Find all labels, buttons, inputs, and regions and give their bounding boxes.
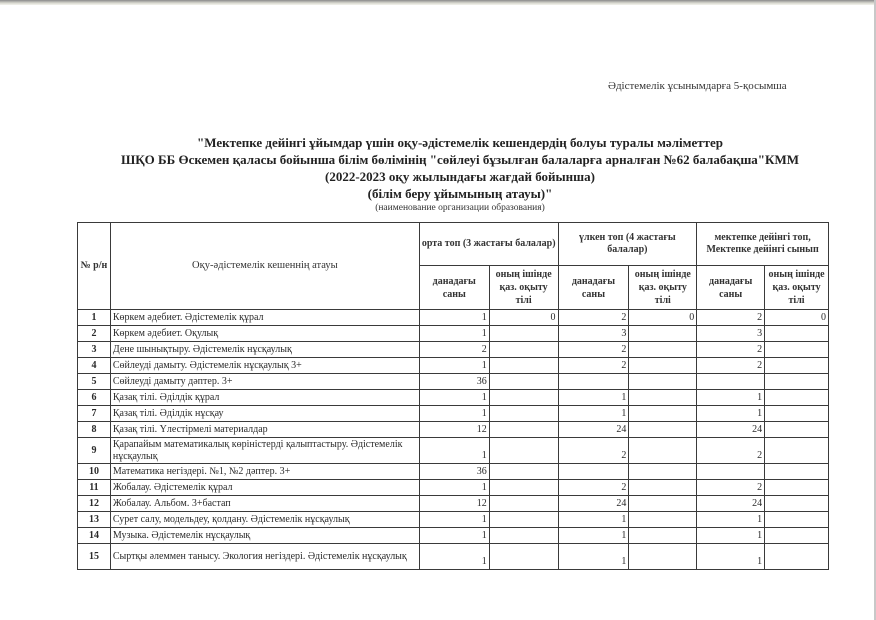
row-number: 11 (78, 480, 111, 496)
header-group-senior: үлкен топ (4 жастағы балалар) (558, 223, 697, 266)
row-value (765, 374, 829, 390)
row-value (629, 528, 697, 544)
row-value (765, 342, 829, 358)
row-value: 1 (697, 544, 765, 570)
row-value: 24 (558, 422, 629, 438)
row-value (489, 326, 558, 342)
materials-table: № р/н Оқу-әдістемелік кешеннің атауы орт… (77, 222, 829, 570)
header-group-middle: орта топ (3 жастағы балалар) (419, 223, 558, 266)
row-value: 3 (558, 326, 629, 342)
row-value: 2 (419, 342, 489, 358)
table-row: 14Музыка. Әдістемелік нұсқаулық111 (78, 528, 829, 544)
row-value: 2 (558, 358, 629, 374)
table-row: 10Математика негіздері. №1, №2 дәптер. 3… (78, 464, 829, 480)
row-value (629, 358, 697, 374)
title-line-4: (білім беру ұйымының атауы)" (100, 185, 820, 202)
row-value: 12 (419, 422, 489, 438)
row-value: 36 (419, 464, 489, 480)
row-value (765, 464, 829, 480)
row-name: Дене шынықтыру. Әдістемелік нұсқаулық (110, 342, 419, 358)
table-row: 8Қазақ тілі. Үлестірмелі материалдар1224… (78, 422, 829, 438)
row-name: Музыка. Әдістемелік нұсқаулық (110, 528, 419, 544)
title-subtitle: (наименование организации образования) (100, 202, 820, 214)
table-row: 6Қазақ тілі. Әділдік құрал111 (78, 390, 829, 406)
title-line-1: "Мектепке дейінгі ұйымдар үшін оқу-әдіст… (100, 134, 820, 151)
row-value (629, 342, 697, 358)
row-name: Математика негіздері. №1, №2 дәптер. 3+ (110, 464, 419, 480)
row-value (765, 512, 829, 528)
row-value (489, 358, 558, 374)
row-value (629, 326, 697, 342)
row-number: 1 (78, 310, 111, 326)
row-value (629, 512, 697, 528)
table-body: 1Көркем әдебиет. Әдістемелік құрал102020… (78, 310, 829, 570)
row-value: 1 (419, 326, 489, 342)
row-value (629, 422, 697, 438)
row-value: 1 (697, 406, 765, 422)
row-value (629, 480, 697, 496)
row-name: Сыртқы әлеммен танысу. Экология негіздер… (110, 544, 419, 570)
row-value: 1 (558, 512, 629, 528)
row-value: 3 (697, 326, 765, 342)
row-number: 3 (78, 342, 111, 358)
header-num: № р/н (78, 223, 111, 310)
row-value: 0 (629, 310, 697, 326)
row-value (765, 406, 829, 422)
row-value (765, 438, 829, 464)
row-value (629, 496, 697, 512)
row-name: Қазақ тілі. Үлестірмелі материалдар (110, 422, 419, 438)
header-name: Оқу-әдістемелік кешеннің атауы (110, 223, 419, 310)
row-value: 1 (697, 528, 765, 544)
row-value: 36 (419, 374, 489, 390)
header-kaz-3: оның ішінде қаз. оқыту тілі (765, 266, 829, 310)
row-value: 12 (419, 496, 489, 512)
row-value (765, 480, 829, 496)
row-name: Қарапайым математикалық көріністерді қал… (110, 438, 419, 464)
row-name: Жобалау. Альбом. 3+бастап (110, 496, 419, 512)
row-value (489, 480, 558, 496)
header-group-preschool: мектепке дейінгі топ, Мектепке дейінгі с… (697, 223, 829, 266)
row-name: Жобалау. Әдістемелік құрал (110, 480, 419, 496)
row-value (697, 374, 765, 390)
row-number: 15 (78, 544, 111, 570)
row-value: 2 (697, 480, 765, 496)
row-value: 1 (419, 438, 489, 464)
table-row: 5Сөйлеуді дамыту дәптер. 3+36 (78, 374, 829, 390)
row-number: 10 (78, 464, 111, 480)
row-name: Сурет салу, модельдеу, қолдану. Әдістеме… (110, 512, 419, 528)
row-value (558, 374, 629, 390)
row-value: 1 (697, 512, 765, 528)
row-value (489, 342, 558, 358)
row-value: 1 (419, 480, 489, 496)
header-count-1: данадағы саны (419, 266, 489, 310)
title-line-3: (2022-2023 оқу жылындағы жағдай бойынша) (100, 168, 820, 185)
row-value (765, 528, 829, 544)
row-value: 1 (419, 512, 489, 528)
row-value (765, 390, 829, 406)
row-value: 1 (419, 390, 489, 406)
table-row: 15Сыртқы әлеммен танысу. Экология негізд… (78, 544, 829, 570)
row-value (629, 438, 697, 464)
row-name: Көркем әдебиет. Оқулық (110, 326, 419, 342)
row-value: 24 (697, 496, 765, 512)
row-name: Көркем әдебиет. Әдістемелік құрал (110, 310, 419, 326)
table-row: 1Көркем әдебиет. Әдістемелік құрал102020 (78, 310, 829, 326)
row-value (765, 358, 829, 374)
row-value (489, 544, 558, 570)
table-row: 4Сөйлеуді дамыту. Әдістемелік нұсқаулық … (78, 358, 829, 374)
row-value: 2 (697, 342, 765, 358)
row-value (629, 390, 697, 406)
row-number: 6 (78, 390, 111, 406)
row-name: Сөйлеуді дамыту. Әдістемелік нұсқаулық 3… (110, 358, 419, 374)
row-number: 8 (78, 422, 111, 438)
row-value: 1 (558, 544, 629, 570)
row-value (489, 528, 558, 544)
header-row-groups: № р/н Оқу-әдістемелік кешеннің атауы орт… (78, 223, 829, 266)
row-value (489, 374, 558, 390)
row-value (765, 422, 829, 438)
row-name: Қазақ тілі. Әділдік құрал (110, 390, 419, 406)
row-value: 1 (558, 406, 629, 422)
row-value (489, 464, 558, 480)
annex-note: Әдістемелік ұсынымдарға 5-қосымша (608, 80, 787, 92)
header-kaz-1: оның ішінде қаз. оқыту тілі (489, 266, 558, 310)
row-value: 2 (558, 342, 629, 358)
row-value: 2 (697, 438, 765, 464)
row-value: 1 (419, 528, 489, 544)
row-value (697, 464, 765, 480)
row-name: Қазақ тілі. Әділдік нұсқау (110, 406, 419, 422)
row-value: 1 (419, 406, 489, 422)
row-value: 1 (419, 358, 489, 374)
table-row: 12Жобалау. Альбом. 3+бастап122424 (78, 496, 829, 512)
row-number: 7 (78, 406, 111, 422)
row-value: 1 (558, 390, 629, 406)
row-value (629, 544, 697, 570)
row-value: 24 (558, 496, 629, 512)
row-value (765, 544, 829, 570)
row-number: 2 (78, 326, 111, 342)
header-kaz-2: оның ішінде қаз. оқыту тілі (629, 266, 697, 310)
row-name: Сөйлеуді дамыту дәптер. 3+ (110, 374, 419, 390)
row-value: 1 (419, 544, 489, 570)
row-value: 2 (697, 310, 765, 326)
row-value: 1 (558, 528, 629, 544)
table-row: 13Сурет салу, модельдеу, қолдану. Әдісте… (78, 512, 829, 528)
row-value (765, 496, 829, 512)
row-number: 4 (78, 358, 111, 374)
row-number: 13 (78, 512, 111, 528)
row-value (489, 406, 558, 422)
row-value: 2 (558, 480, 629, 496)
row-value (558, 464, 629, 480)
row-number: 12 (78, 496, 111, 512)
row-value: 0 (489, 310, 558, 326)
document-title-block: "Мектепке дейінгі ұйымдар үшін оқу-әдіст… (100, 134, 820, 214)
table-row: 2Көркем әдебиет. Оқулық133 (78, 326, 829, 342)
row-value (489, 422, 558, 438)
table-row: 9Қарапайым математикалық көріністерді қа… (78, 438, 829, 464)
row-value: 1 (697, 390, 765, 406)
row-value: 2 (558, 438, 629, 464)
row-value (629, 374, 697, 390)
title-line-2: ШҚО ББ Өскемен қаласы бойынша білім бөлі… (100, 151, 820, 168)
row-value (489, 512, 558, 528)
row-number: 9 (78, 438, 111, 464)
row-value: 1 (419, 310, 489, 326)
scan-edge-top (0, 0, 876, 5)
row-value (489, 438, 558, 464)
table-row: 3Дене шынықтыру. Әдістемелік нұсқаулық22… (78, 342, 829, 358)
table-row: 7Қазақ тілі. Әділдік нұсқау111 (78, 406, 829, 422)
table-row: 11Жобалау. Әдістемелік құрал122 (78, 480, 829, 496)
header-count-2: данадағы саны (558, 266, 629, 310)
row-value: 2 (558, 310, 629, 326)
row-value: 2 (697, 358, 765, 374)
row-value (489, 390, 558, 406)
row-value: 0 (765, 310, 829, 326)
row-number: 5 (78, 374, 111, 390)
row-value (489, 496, 558, 512)
row-value (629, 406, 697, 422)
row-value (629, 464, 697, 480)
header-count-3: данадағы саны (697, 266, 765, 310)
row-number: 14 (78, 528, 111, 544)
row-value: 24 (697, 422, 765, 438)
row-value (765, 326, 829, 342)
